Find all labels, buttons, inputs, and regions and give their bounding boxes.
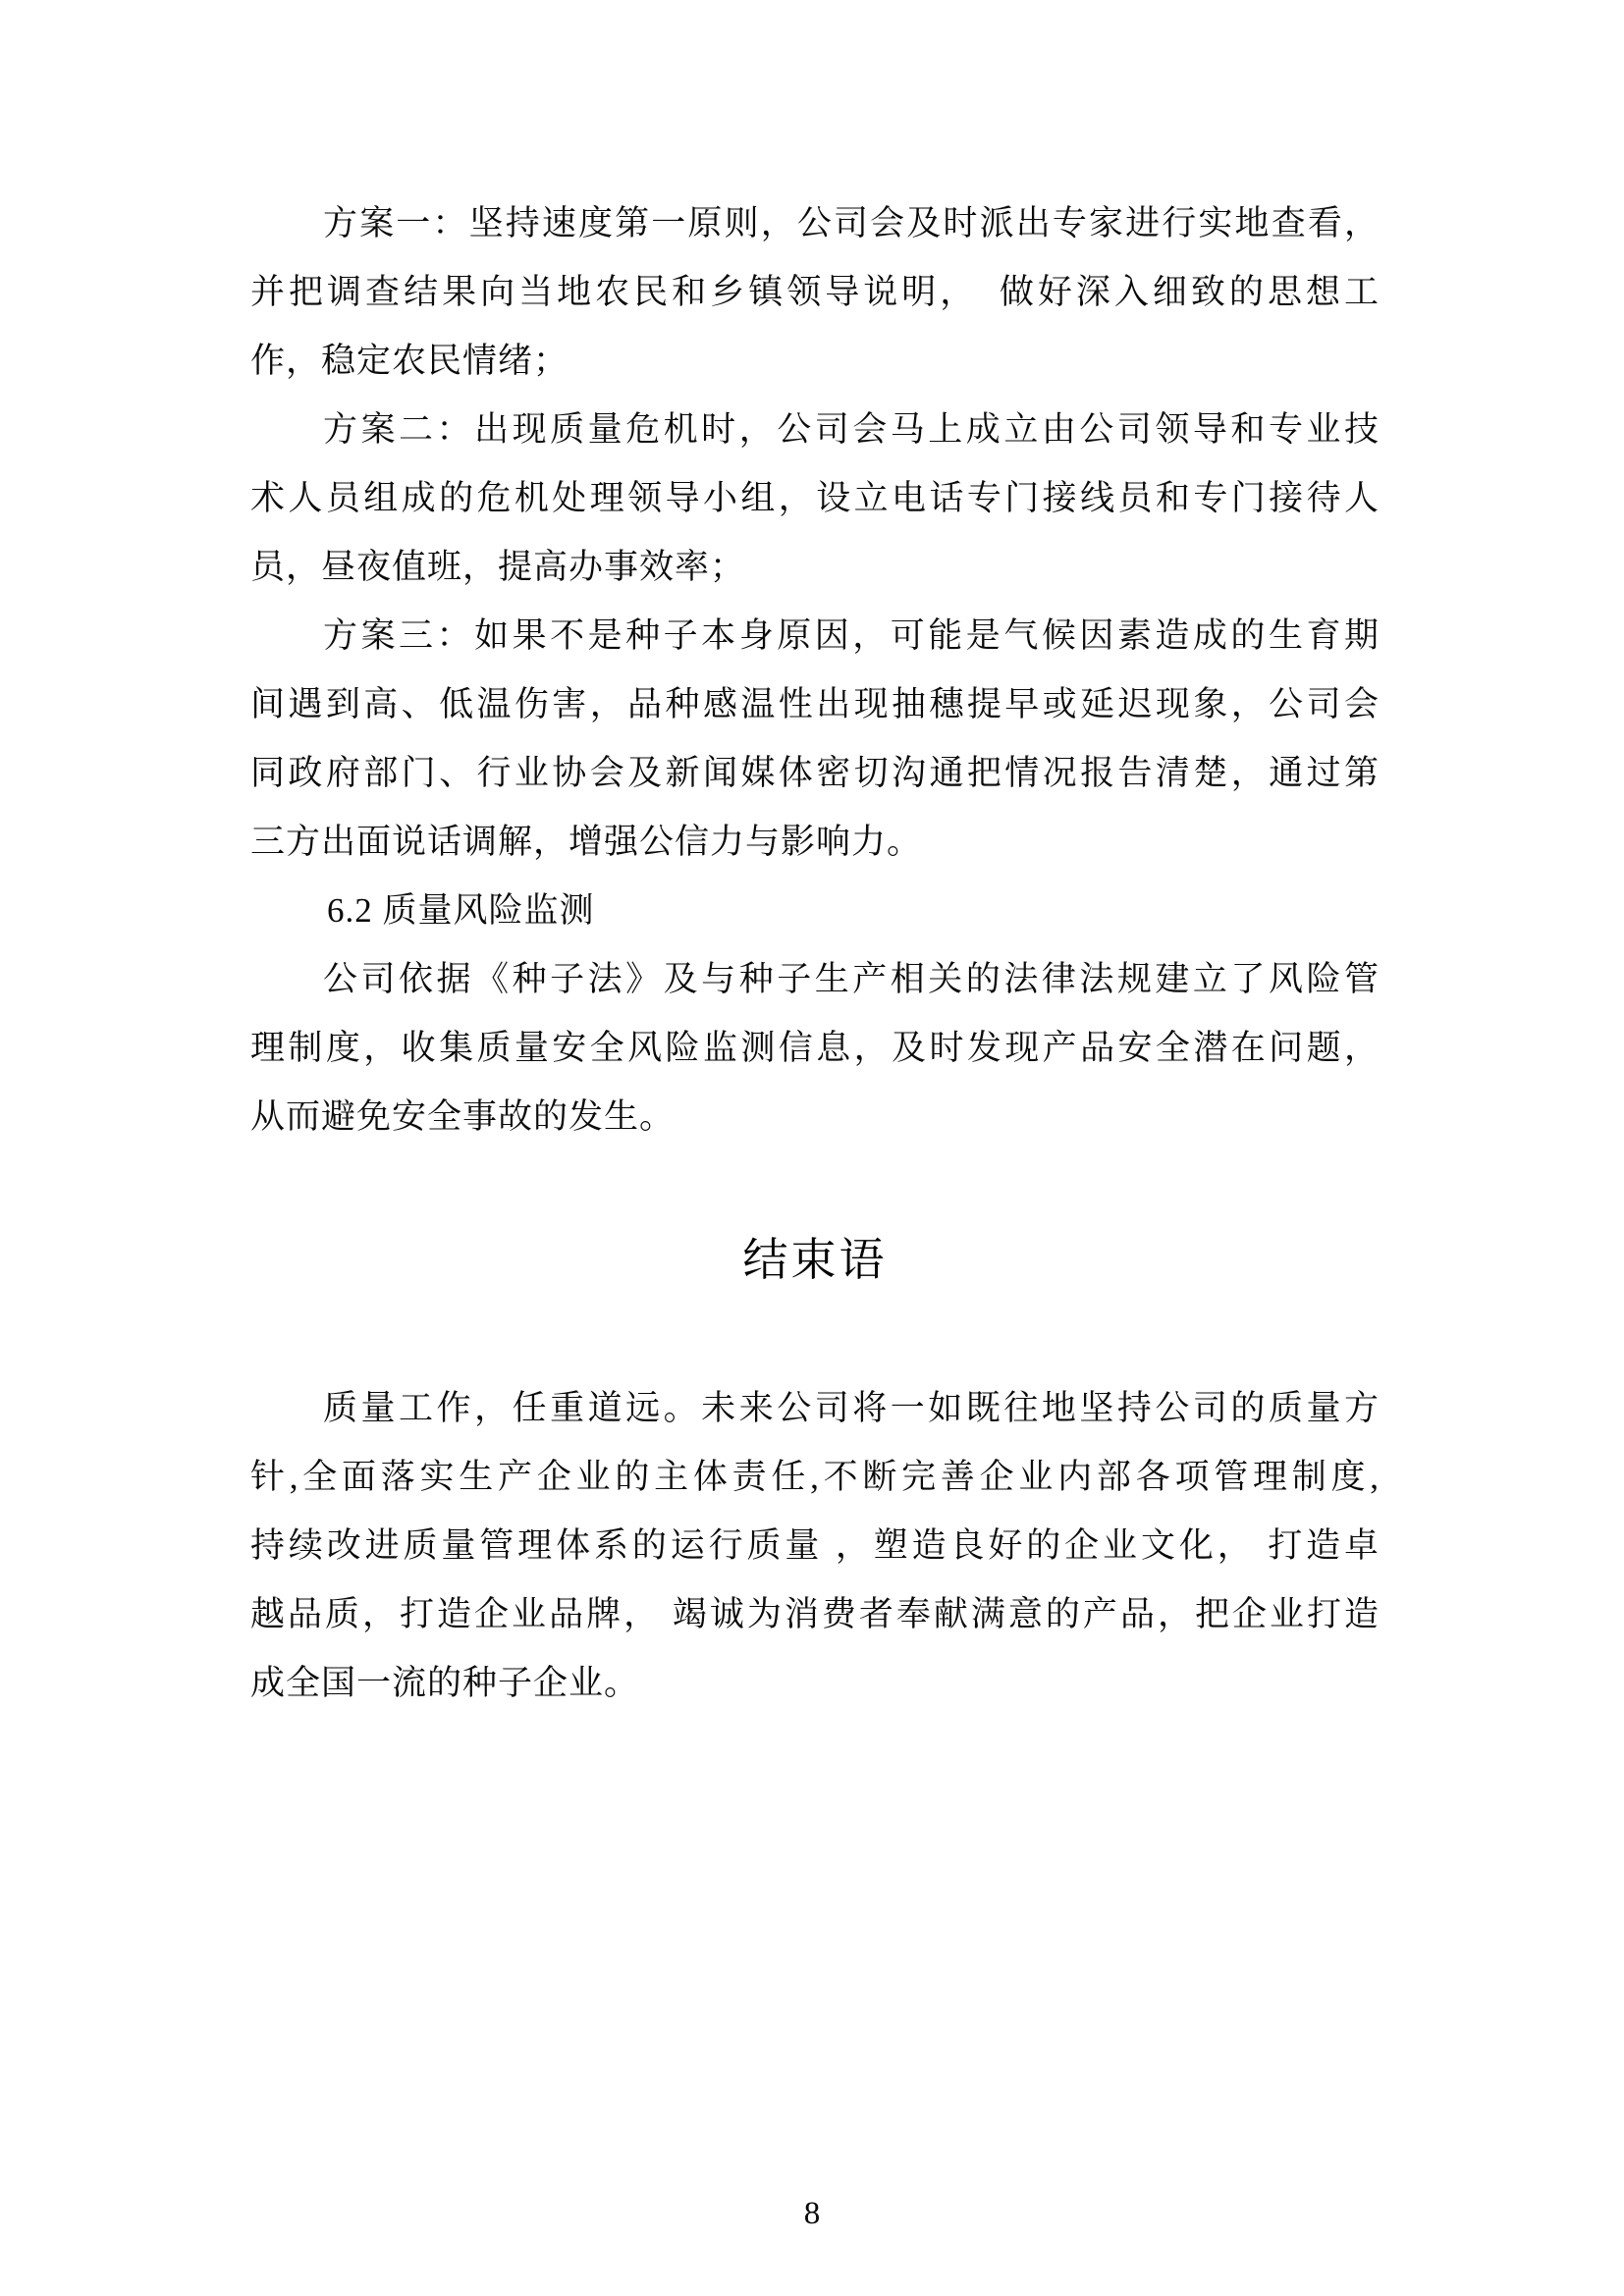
- paragraph-closing: 质量工作，任重道远。未来公司将一如既往地坚持公司的质量方针,全面落实生产企业的主…: [250, 1374, 1380, 1718]
- text-line: 成全国一流的种子企业。: [250, 1649, 1380, 1718]
- text-line: 员，昼夜值班，提高办事效率；: [250, 533, 1380, 602]
- closing-heading: 结束语: [250, 1225, 1380, 1294]
- text-line: 质量工作，任重道远。未来公司将一如既往地坚持公司的质量方: [250, 1374, 1380, 1443]
- document-body: 方案一：坚持速度第一原则，公司会及时派出专家进行实地查看，并把调查结果向当地农民…: [250, 189, 1380, 1718]
- section-heading-6-2: 6.2 质量风险监测: [250, 877, 1380, 945]
- paragraph-plan1: 方案一：坚持速度第一原则，公司会及时派出专家进行实地查看，并把调查结果向当地农民…: [250, 189, 1380, 396]
- text-line: 持续改进质量管理体系的运行质量 ，塑造良好的企业文化， 打造卓: [250, 1512, 1380, 1580]
- text-line: 作，稳定农民情绪；: [250, 327, 1380, 396]
- text-line: 并把调查结果向当地农民和乡镇领导说明， 做好深入细致的思想工: [250, 258, 1380, 327]
- document-page: 方案一：坚持速度第一原则，公司会及时派出专家进行实地查看，并把调查结果向当地农民…: [0, 0, 1624, 2296]
- text-line: 公司依据《种子法》及与种子生产相关的法律法规建立了风险管: [250, 945, 1380, 1014]
- text-line: 针,全面落实生产企业的主体责任,不断完善企业内部各项管理制度,: [250, 1443, 1380, 1512]
- paragraph-plan2: 方案二：出现质量危机时，公司会马上成立由公司领导和专业技术人员组成的危机处理领导…: [250, 396, 1380, 602]
- page-number: 8: [804, 2196, 821, 2231]
- text-line: 方案三：如果不是种子本身原因，可能是气候因素造成的生育期: [250, 602, 1380, 670]
- text-line: 同政府部门、行业协会及新闻媒体密切沟通把情况报告清楚，通过第: [250, 739, 1380, 808]
- text-line: 三方出面说话调解，增强公信力与影响力。: [250, 808, 1380, 877]
- text-line: 从而避免安全事故的发生。: [250, 1083, 1380, 1151]
- text-line: 术人员组成的危机处理领导小组，设立电话专门接线员和专门接待人: [250, 464, 1380, 533]
- text-line: 理制度，收集质量安全风险监测信息，及时发现产品安全潜在问题，: [250, 1014, 1380, 1083]
- text-line: 间遇到高、低温伤害，品种感温性出现抽穗提早或延迟现象，公司会: [250, 670, 1380, 739]
- paragraph-plan3: 方案三：如果不是种子本身原因，可能是气候因素造成的生育期间遇到高、低温伤害，品种…: [250, 602, 1380, 877]
- page-footer: 8: [0, 2191, 1624, 2236]
- text-line: 越品质，打造企业品牌， 竭诚为消费者奉献满意的产品，把企业打造: [250, 1580, 1380, 1649]
- text-line: 方案二：出现质量危机时，公司会马上成立由公司领导和专业技: [250, 396, 1380, 464]
- text-line: 方案一：坚持速度第一原则，公司会及时派出专家进行实地查看，: [250, 189, 1380, 258]
- paragraph-risk-monitoring: 公司依据《种子法》及与种子生产相关的法律法规建立了风险管理制度，收集质量安全风险…: [250, 945, 1380, 1151]
